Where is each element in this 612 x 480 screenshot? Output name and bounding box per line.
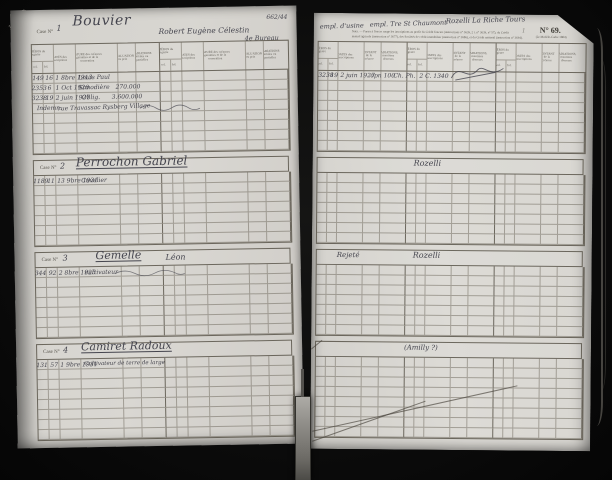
table-cell [336, 305, 362, 315]
table-cell [270, 416, 294, 426]
table-cell [246, 70, 264, 80]
table-cell [506, 102, 516, 112]
table-cell [514, 327, 540, 337]
table-cell [468, 368, 494, 378]
pen-stroke [140, 103, 200, 112]
table-cell [174, 224, 185, 234]
handwritten-entry: Simodière [78, 84, 109, 92]
register-table [314, 357, 584, 440]
table-cell [558, 185, 584, 195]
table-cell [186, 265, 208, 275]
table-cell [451, 296, 468, 306]
column-header: fol. [417, 64, 423, 67]
table-cell [495, 224, 505, 234]
table-cell [270, 386, 294, 396]
table-cell [177, 377, 188, 387]
table-cell [270, 426, 294, 436]
table-cell [364, 141, 381, 151]
table-cell [558, 235, 584, 245]
table-cell [182, 81, 204, 91]
table-cell [469, 276, 495, 286]
table-cell [317, 265, 327, 275]
table-cell [264, 80, 288, 90]
column-header: NUMÉROS du registre [496, 48, 510, 55]
table-cell [494, 326, 504, 336]
table-cell [425, 358, 451, 368]
table-cell [417, 112, 427, 122]
table-cell [424, 418, 450, 428]
table-cell [136, 72, 160, 82]
table-cell [166, 418, 177, 428]
table-cell [540, 287, 557, 297]
table-cell [494, 286, 504, 296]
table-cell [541, 205, 558, 215]
handwritten-surname: Bouvier [72, 12, 131, 29]
table-cell [336, 285, 362, 295]
table-cell [164, 276, 175, 286]
table-cell [452, 194, 469, 204]
table-cell: NUMÉROS du registrevol.fol. [160, 43, 182, 71]
table-cell [407, 102, 417, 112]
table-cell [141, 316, 165, 326]
table-cell [316, 325, 326, 335]
table-cell [336, 387, 362, 397]
table-cell [404, 418, 414, 428]
table-cell [417, 122, 427, 132]
table-cell [542, 143, 559, 153]
table-rows [317, 71, 587, 154]
table-cell [380, 265, 406, 275]
table-cell [185, 203, 207, 213]
table-cell [559, 113, 585, 123]
table-cell [35, 216, 46, 226]
table-cell [335, 397, 361, 407]
table-cell [247, 120, 265, 130]
table-cell [557, 389, 583, 399]
handwritten-given-names: Robert Eugène Célestin [159, 25, 250, 36]
table-cell [380, 213, 406, 223]
table-cell [48, 328, 59, 338]
register-table [316, 173, 586, 246]
table-cell [495, 194, 505, 204]
table-cell [379, 295, 405, 305]
case-number: 4 [63, 346, 68, 355]
table-cell [183, 111, 205, 121]
table-cell [140, 306, 164, 316]
table-cell [467, 408, 493, 418]
handwritten-entry: opn 100 [370, 72, 395, 79]
table-cell [379, 387, 405, 397]
table-cell [452, 184, 469, 194]
table-cell [363, 233, 380, 243]
table-cell [558, 195, 584, 205]
table-cell [467, 418, 493, 428]
table-cell [174, 234, 185, 244]
table-cell [426, 266, 452, 276]
table-cell [327, 173, 337, 183]
handwritten-note: (Amilly ?) [404, 344, 438, 352]
table-cell [33, 124, 44, 134]
table-cell [515, 175, 541, 185]
table-cell: vol. [33, 62, 44, 73]
table-cell [515, 267, 541, 277]
table-cell [33, 114, 44, 124]
table-cell [495, 276, 505, 286]
table-cell [139, 224, 163, 234]
table-cell [315, 407, 325, 417]
table-cell [55, 133, 77, 143]
column-header: RADIATIONS totales ou partielles [136, 52, 152, 62]
table-cell [336, 325, 362, 335]
table-cell [363, 183, 380, 193]
table-cell [539, 399, 556, 409]
table-cell [164, 306, 175, 316]
table-cell [266, 172, 290, 182]
table-cell [425, 296, 451, 306]
table-cell [417, 82, 427, 92]
table-cell [514, 369, 540, 379]
table-cell [378, 427, 404, 437]
table-cell [249, 212, 267, 222]
table-cell [172, 132, 183, 142]
top-annotation: empl. Tre St Chaumont [370, 19, 447, 29]
table-cell [416, 214, 426, 224]
table-cell [183, 91, 205, 101]
table-cell [189, 427, 211, 437]
table-cell [493, 398, 503, 408]
handwritten-entry: 92 [49, 270, 57, 277]
table-cell [326, 295, 336, 305]
table-cell [120, 184, 138, 194]
table-cell: NATURE des créances garanties et de la c… [204, 41, 246, 70]
table-cell [172, 122, 183, 132]
table-cell [57, 205, 79, 215]
table-cell [33, 134, 44, 144]
table-cell [141, 326, 165, 336]
table-cell [513, 409, 539, 419]
table-cell [48, 318, 59, 328]
table-cell [506, 72, 516, 82]
table-cell [407, 122, 417, 132]
table-cell [186, 275, 208, 285]
table-cell [414, 428, 424, 438]
table-cell [251, 324, 269, 334]
table-cell [173, 194, 184, 204]
table-cell [37, 318, 48, 328]
table-cell [361, 397, 378, 407]
binding-strap [295, 396, 311, 480]
table-cell [184, 183, 206, 193]
handwritten-entry: Oblig. [82, 94, 100, 101]
table-cell [57, 225, 79, 235]
table-cell [381, 101, 407, 111]
table-cell [556, 429, 582, 439]
table-cell [58, 297, 80, 307]
table-cell [415, 388, 425, 398]
table-cell [49, 380, 60, 390]
table-cell [165, 326, 176, 336]
table-cell [515, 185, 541, 195]
column-header: fol. [328, 63, 334, 66]
table-cell [558, 267, 584, 277]
table-cell [267, 232, 291, 242]
table-cell [124, 398, 142, 408]
table-cell [35, 206, 46, 216]
table-cell [327, 193, 337, 203]
table-cell [265, 100, 289, 110]
table-cell [452, 224, 469, 234]
table-cell [46, 226, 57, 236]
table-cell [559, 73, 585, 83]
table-cell [379, 357, 405, 367]
table-cell [252, 426, 270, 436]
table-cell [46, 206, 57, 216]
table-cell [121, 224, 139, 234]
case-label: Case N° [42, 258, 59, 263]
table-cell [50, 430, 61, 440]
table-cell [406, 224, 416, 234]
table-cell [326, 367, 336, 377]
table-cell [173, 142, 184, 152]
table-cell [207, 232, 249, 243]
column-header: ÉVALUATION ou prix [118, 54, 131, 61]
table-cell [362, 325, 379, 335]
table-cell [515, 235, 541, 245]
table-rows [315, 265, 585, 338]
table-cell [250, 264, 268, 274]
table-cell [506, 122, 516, 132]
table-cell [379, 285, 405, 295]
table-cell [364, 131, 381, 141]
table-cell: NUMÉROS du registre [318, 42, 338, 59]
table-cell [380, 173, 406, 183]
table-cell [164, 286, 175, 296]
table-cell: NUMÉROS du registrevol.fol. [407, 43, 427, 71]
table-cell [175, 305, 186, 315]
table-cell [123, 326, 141, 336]
table-cell [506, 132, 516, 142]
table-cell [338, 111, 364, 121]
table-cell [265, 90, 289, 100]
table-cell [175, 296, 186, 306]
table-cell [337, 183, 363, 193]
table-cell [496, 82, 506, 92]
register-table [315, 265, 585, 338]
handwritten-name: Camiret Radoux [81, 339, 172, 354]
table-cell [165, 316, 176, 326]
table-cell [468, 306, 494, 316]
table-cell [542, 133, 559, 143]
table-cell [559, 143, 585, 153]
table-cell [161, 112, 172, 122]
table-cell [453, 92, 470, 102]
left-page: Case N° 1 Bouvier Robert Eugène Célestin… [10, 6, 304, 449]
table-cell [381, 141, 407, 151]
table-cell [58, 277, 80, 287]
table-cell [541, 215, 558, 225]
table-cell [185, 233, 207, 243]
table-cell [416, 204, 426, 214]
table-cell [166, 408, 177, 418]
table-cell [38, 410, 49, 420]
table-cell [327, 183, 337, 193]
table-cell [452, 174, 469, 184]
handwritten-name: Perrochon Gabriel [76, 153, 188, 169]
table-cell [450, 418, 467, 428]
table-cell [163, 234, 174, 244]
table-cell [495, 184, 505, 194]
table-cell [120, 174, 138, 184]
table-cell [119, 132, 137, 142]
pen-flourish [449, 66, 505, 82]
table-cell [451, 378, 468, 388]
table-cell [405, 286, 415, 296]
table-cell [266, 182, 290, 192]
table-cell [187, 325, 209, 335]
table-cell [469, 184, 495, 194]
table-cell [539, 409, 556, 419]
table-cell [177, 417, 188, 427]
table-cell [325, 397, 335, 407]
table-cell [315, 417, 325, 427]
table-cell: DATES des inscriptions [54, 44, 76, 72]
table-cell [558, 175, 584, 185]
table-cell [452, 266, 469, 276]
table-cell [317, 233, 327, 243]
table-cell [48, 370, 59, 380]
table-cell [468, 286, 494, 296]
table-cell [176, 325, 187, 335]
table-cell [494, 306, 504, 316]
table-cell [60, 399, 82, 409]
table-cell [184, 173, 206, 183]
table-cell [175, 286, 186, 296]
table-cell [160, 82, 171, 92]
table-cell [417, 132, 427, 142]
table-cell [248, 140, 266, 150]
handwritten-entry: 131 [36, 362, 48, 369]
table-cell [417, 92, 427, 102]
table-cell [405, 388, 415, 398]
table-cell [515, 195, 541, 205]
table-cell [268, 304, 292, 314]
table-cell [266, 192, 290, 202]
table-cell [165, 368, 176, 378]
table-cell [327, 265, 337, 275]
table-cell [427, 112, 453, 122]
table-cell [327, 233, 337, 243]
table-cell [38, 380, 49, 390]
table-cell [177, 407, 188, 417]
table-cell [468, 296, 494, 306]
table-cell [494, 368, 504, 378]
table-cell [379, 367, 405, 377]
table-cell [318, 121, 328, 131]
table-cell [161, 122, 172, 132]
column-header: ÉVALUATION ou prix [246, 52, 259, 59]
table-cell [47, 278, 58, 288]
table-cell [556, 409, 582, 419]
table-cell [470, 102, 496, 112]
table-cell [268, 294, 292, 304]
table-cell [361, 427, 378, 437]
table-cell [515, 215, 541, 225]
table-cell [35, 226, 46, 236]
table-cell [470, 122, 496, 132]
table-cell [556, 399, 582, 409]
table-cell [424, 408, 450, 418]
table-cell [495, 204, 505, 214]
table-cell [505, 224, 515, 234]
table-cell [246, 80, 264, 90]
table-cell: vol. [318, 59, 328, 70]
nota-text: mutuel agricole (instruction n° 3677), d… [352, 35, 523, 40]
table-cell [425, 326, 451, 336]
table-cell [123, 316, 141, 326]
table-cell [540, 297, 557, 307]
table-cell [45, 196, 56, 206]
table-cell [247, 110, 265, 120]
table-cell [504, 286, 514, 296]
table-cell [363, 213, 380, 223]
table-cell [426, 194, 452, 204]
table-cell [378, 397, 404, 407]
table-cell [60, 419, 82, 429]
handwritten-entry: cultivateur [85, 269, 118, 277]
table-cell [425, 306, 451, 316]
table-cell [138, 174, 162, 184]
table-cell [362, 305, 379, 315]
table-cell [142, 408, 166, 418]
table-cell [36, 298, 47, 308]
table-cell [338, 81, 364, 91]
table-cell: NUMÉROS du registrevol.fol. [318, 42, 338, 70]
table-cell [326, 387, 336, 397]
table-cell [250, 294, 268, 304]
table-cell [364, 81, 381, 91]
table-cell [248, 182, 266, 192]
table-cell [336, 367, 362, 377]
table-cell [176, 315, 187, 325]
table-cell [558, 225, 584, 235]
page-number: 2 [576, 22, 581, 30]
table-cell [57, 235, 79, 245]
table-cell: vol. [161, 60, 172, 71]
table-cell [268, 284, 292, 294]
table-cell [166, 388, 177, 398]
table-cell [452, 276, 469, 286]
table-cell [49, 390, 60, 400]
table-cell [469, 204, 495, 214]
column-header: vol. [33, 66, 39, 69]
table-cell [405, 378, 415, 388]
table-cell [494, 316, 504, 326]
table-cell [317, 173, 327, 183]
table-cell [516, 73, 542, 83]
table-cell [407, 142, 417, 152]
table-cell [469, 194, 495, 204]
table-cell [187, 315, 209, 325]
table-cell [188, 397, 210, 407]
table-cell [496, 122, 506, 132]
column-header: MONTANT de la créance [542, 53, 554, 63]
table-cell [504, 296, 514, 306]
table-cell [316, 305, 326, 315]
table-cell [406, 234, 416, 244]
table-cell [451, 306, 468, 316]
table-cell [250, 284, 268, 294]
table-cell [494, 378, 504, 388]
